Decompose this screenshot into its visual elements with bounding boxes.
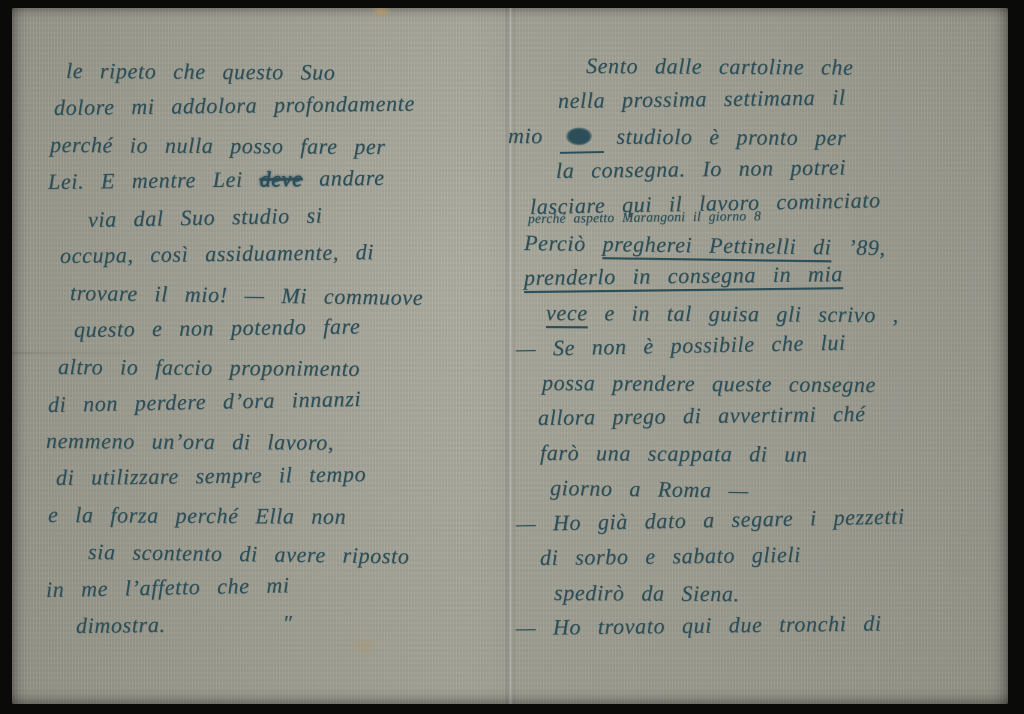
underlined-text: pregherei Pettinelli di [602, 231, 831, 259]
handwriting-line: di sorbo e sabato glieli [540, 534, 1008, 575]
handwriting-line: in me l’affetto che mi [46, 562, 509, 608]
handwriting-line: perché aspetto Marangoni il giorno 8 [528, 206, 1008, 228]
letter-paper: le ripeto che questo Suodolore mi addolo… [12, 8, 1008, 704]
overwritten-word: deve [259, 166, 302, 192]
handwriting-line: e la forza perché Ella non [48, 496, 508, 536]
scan-background: le ripeto che questo Suodolore mi addolo… [0, 0, 1024, 714]
handwriting-line: — Ho trovato qui due tronchi di [516, 604, 1008, 645]
handwriting-line: via dal Suo studio si [88, 193, 509, 238]
underlined-text: vece [546, 300, 588, 325]
handwriting-line: dolore mi addolora profondamente [54, 83, 508, 126]
handwriting-line: di utilizzare sempre il tempo [56, 453, 508, 496]
letter-page-left: le ripeto che questo Suodolore mi addolo… [46, 52, 508, 644]
handwriting-line: nella prossima settimana il [558, 77, 1008, 118]
handwriting-line: dimostra. ″ [76, 602, 508, 644]
handwriting-line: prenderlo in consegna in mia [524, 254, 1008, 295]
handwriting-line: questo e non potendo fare [74, 306, 508, 348]
handwriting-line: di non perdere d’ora innanzi [48, 377, 509, 423]
ink-blot [566, 127, 592, 145]
handwriting-line: allora prego di avvertirmi ché [538, 394, 1008, 435]
handwriting-line: farò una scappata di un [540, 435, 1008, 473]
letter-page-right: Sento dalle cartoline chenella prossima … [524, 48, 1008, 645]
stain [370, 8, 392, 18]
underlined-text: prenderlo in consegna in mia [524, 261, 843, 290]
handwriting-line: occupa, così assiduamente, di [60, 232, 508, 274]
